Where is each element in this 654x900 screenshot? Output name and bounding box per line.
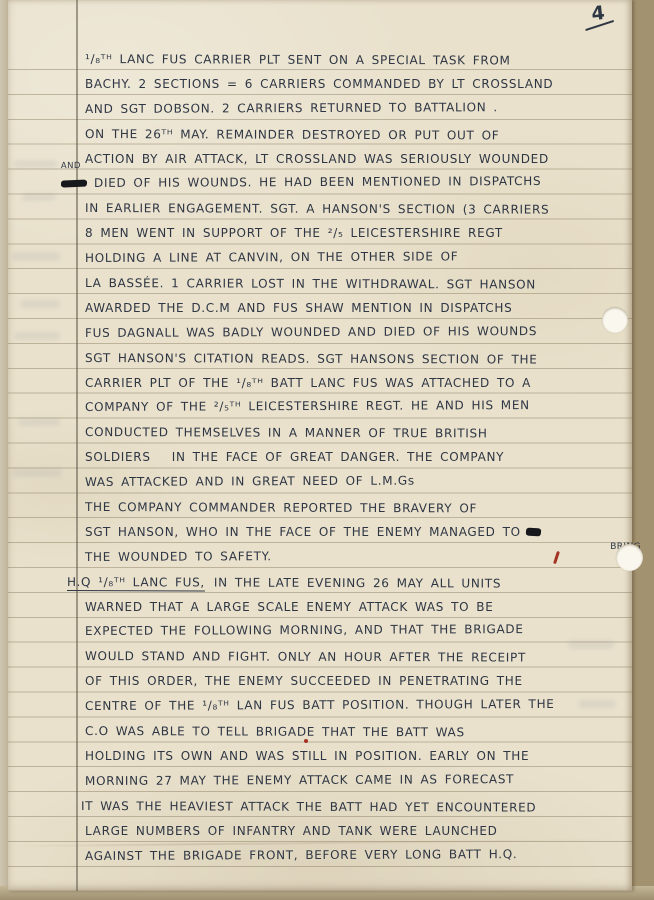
handwritten-line: ANDDIED OF HIS WOUNDS. HE HAD BEEN MENTI… <box>85 169 633 196</box>
line-text: LA BASSÉE. 1 CARRIER LOST IN THE WITHDRA… <box>85 276 536 292</box>
line-text: BACHY. 2 SECTIONS = 6 CARRIERS COMMANDED… <box>85 77 553 91</box>
line-text: DIED OF HIS WOUNDS. HE HAD BEEN MENTIONE… <box>94 174 541 190</box>
paper-sheet: 4 ¹/₈ᵀᴴ LANC FUS CARRIER PLT SENT ON A S… <box>8 0 632 891</box>
line-text: FUS DAGNALL WAS BADLY WOUNDED AND DIED O… <box>85 324 537 340</box>
line-text: EXPECTED THE FOLLOWING MORNING, AND THAT… <box>85 623 524 639</box>
handwritten-line: SOLDIERS IN THE FACE OF GREAT DANGER. TH… <box>85 445 633 470</box>
line-text: COMPANY OF THE ²/₅ᵀᴴ LEICESTERSHIRE REGT… <box>85 399 530 415</box>
handwritten-line: FUS DAGNALL WAS BADLY WOUNDED AND DIED O… <box>85 318 633 345</box>
line-text: C.O WAS ABLE TO TELL BRIGADE THAT THE BA… <box>85 724 465 739</box>
handwritten-line: OF THIS ORDER, THE ENEMY SUCCEEDED IN PE… <box>85 669 633 694</box>
line-text: IN THE LATE EVENING 26 MAY ALL UNITS <box>214 575 501 590</box>
correction-insert: AND <box>61 171 87 196</box>
line-text: IT WAS THE HEAVIEST ATTACK THE BATT HAD … <box>81 799 536 815</box>
red-dot-mark <box>304 739 308 743</box>
line-text: OF THIS ORDER, THE ENEMY SUCCEEDED IN PE… <box>85 674 523 688</box>
handwriting-lines: ¹/₈ᵀᴴ LANC FUS CARRIER PLT SENT ON A SPE… <box>85 47 633 868</box>
struck-out-word <box>61 180 87 188</box>
line-text: LARGE NUMBERS OF INFANTRY AND TANK WERE … <box>85 824 498 838</box>
handwritten-line: ¹/₈ᵀᴴ LANC FUS CARRIER PLT SENT ON A SPE… <box>85 47 633 74</box>
line-text: CENTRE OF THE ¹/₈ᵀᴴ LAN FUS BATT POSITIO… <box>85 697 555 713</box>
handwritten-line: EXPECTED THE FOLLOWING MORNING, AND THAT… <box>85 617 633 644</box>
handwritten-line: MORNING 27 MAY THE ENEMY ATTACK CAME IN … <box>85 766 633 793</box>
handwritten-line: IN EARLIER ENGAGEMENT. SGT. A HANSON'S S… <box>85 196 633 223</box>
handwritten-line: THE COMPANY COMMANDER REPORTED THE BRAVE… <box>85 495 633 522</box>
bleed-through-smudge <box>20 300 60 308</box>
bleed-through-smudge <box>12 468 62 477</box>
handwritten-line: 8 MEN WENT IN SUPPORT OF THE ²/₅ LEICEST… <box>85 221 633 246</box>
handwritten-line: HOLDING A LINE AT CANVIN, ON THE OTHER S… <box>85 244 633 271</box>
line-text: AGAINST THE BRIGADE FRONT, BEFORE VERY L… <box>85 847 517 863</box>
line-text: HOLDING A LINE AT CANVIN, ON THE OTHER S… <box>85 249 458 265</box>
handwritten-line: WAS ATTACKED AND IN GREAT NEED OF L.M.Gs <box>85 468 633 495</box>
bleed-through-smudge <box>22 193 56 201</box>
bleed-through-smudge <box>14 160 58 168</box>
line-text: SOLDIERS IN THE FACE OF GREAT DANGER. TH… <box>85 450 504 464</box>
hole-punch-bottom <box>616 544 643 571</box>
line-text: THE WOUNDED TO SAFETY. <box>85 549 272 564</box>
handwritten-line: H.Q ¹/₈ᵀᴴ LANC FUS,IN THE LATE EVENING 2… <box>67 570 633 597</box>
handwritten-line: ON THE 26ᵀᴴ MAY. REMAINDER DESTROYED OR … <box>85 122 633 149</box>
handwritten-line: CENTRE OF THE ¹/₈ᵀᴴ LAN FUS BATT POSITIO… <box>85 692 633 719</box>
line-text: ON THE 26ᵀᴴ MAY. REMAINDER DESTROYED OR … <box>85 127 499 142</box>
scanned-document-page: 4 ¹/₈ᵀᴴ LANC FUS CARRIER PLT SENT ON A S… <box>0 0 654 900</box>
line-text: THE COMPANY COMMANDER REPORTED THE BRAVE… <box>85 500 477 515</box>
handwritten-line: CONDUCTED THEMSELVES IN A MANNER OF TRUE… <box>85 420 633 447</box>
handwritten-line: THE WOUNDED TO SAFETY. <box>85 542 633 569</box>
handwritten-line: AWARDED THE D.C.M AND FUS SHAW MENTION I… <box>85 296 633 321</box>
line-text: SGT HANSON'S CITATION READS. SGT HANSONS… <box>85 351 538 367</box>
line-text: IN EARLIER ENGAGEMENT. SGT. A HANSON'S S… <box>85 201 549 217</box>
hole-punch-top <box>602 307 628 333</box>
bleed-through-smudge <box>14 332 60 340</box>
handwritten-line: WARNED THAT A LARGE SCALE ENEMY ATTACK W… <box>85 595 633 620</box>
handwritten-line: CARRIER PLT OF THE ¹/₈ᵀᴴ BATT LANC FUS W… <box>85 371 633 396</box>
line-text: 8 MEN WENT IN SUPPORT OF THE ²/₅ LEICEST… <box>85 226 503 240</box>
inserted-word-above: AND <box>61 162 81 170</box>
bleed-through-smudge <box>18 418 60 426</box>
line-text: CARRIER PLT OF THE ¹/₈ᵀᴴ BATT LANC FUS W… <box>85 376 531 390</box>
line-text: WARNED THAT A LARGE SCALE ENEMY ATTACK W… <box>85 600 494 614</box>
handwritten-line: COMPANY OF THE ²/₅ᵀᴴ LEICESTERSHIRE REGT… <box>85 393 633 420</box>
handwritten-line: BACHY. 2 SECTIONS = 6 CARRIERS COMMANDED… <box>85 72 633 97</box>
line-text: SGT HANSON, WHO IN THE FACE OF THE ENEMY… <box>85 525 521 539</box>
underlined-heading: H.Q ¹/₈ᵀᴴ LANC FUS, <box>67 575 205 591</box>
line-text: ¹/₈ᵀᴴ LANC FUS CARRIER PLT SENT ON A SPE… <box>85 52 511 67</box>
page-number: 4 <box>582 0 625 38</box>
handwritten-line: SGT HANSON'S CITATION READS. SGT HANSONS… <box>85 346 633 373</box>
line-text: HOLDING ITS OWN AND WAS STILL IN POSITIO… <box>85 749 529 763</box>
struck-out-word <box>526 528 541 537</box>
handwritten-line: LA BASSÉE. 1 CARRIER LOST IN THE WITHDRA… <box>85 271 633 298</box>
line-text: MORNING 27 MAY THE ENEMY ATTACK CAME IN … <box>85 772 514 788</box>
handwritten-line: SGT HANSON, WHO IN THE FACE OF THE ENEMY… <box>85 520 633 545</box>
handwritten-line: WOULD STAND AND FIGHT. ONLY AN HOUR AFTE… <box>85 644 633 671</box>
handwritten-line: ACTION BY AIR ATTACK, LT CROSSLAND WAS S… <box>85 147 633 172</box>
handwritten-line: HOLDING ITS OWN AND WAS STILL IN POSITIO… <box>85 744 633 769</box>
line-text: CONDUCTED THEMSELVES IN A MANNER OF TRUE… <box>85 425 488 440</box>
handwritten-line: IT WAS THE HEAVIEST ATTACK THE BATT HAD … <box>81 794 633 821</box>
line-text: AND SGT DOBSON. 2 CARRIERS RETURNED TO B… <box>85 100 498 116</box>
line-text: ACTION BY AIR ATTACK, LT CROSSLAND WAS S… <box>85 152 549 166</box>
bleed-through-smudge <box>12 252 60 261</box>
line-text: WAS ATTACKED AND IN GREAT NEED OF L.M.Gs <box>85 474 415 489</box>
handwritten-line: AND SGT DOBSON. 2 CARRIERS RETURNED TO B… <box>85 94 633 121</box>
line-text: AWARDED THE D.C.M AND FUS SHAW MENTION I… <box>85 301 512 315</box>
handwritten-line: C.O WAS ABLE TO TELL BRIGADE THAT THE BA… <box>85 719 633 746</box>
margin-rule-line <box>76 0 78 891</box>
line-text: WOULD STAND AND FIGHT. ONLY AN HOUR AFTE… <box>85 649 526 665</box>
